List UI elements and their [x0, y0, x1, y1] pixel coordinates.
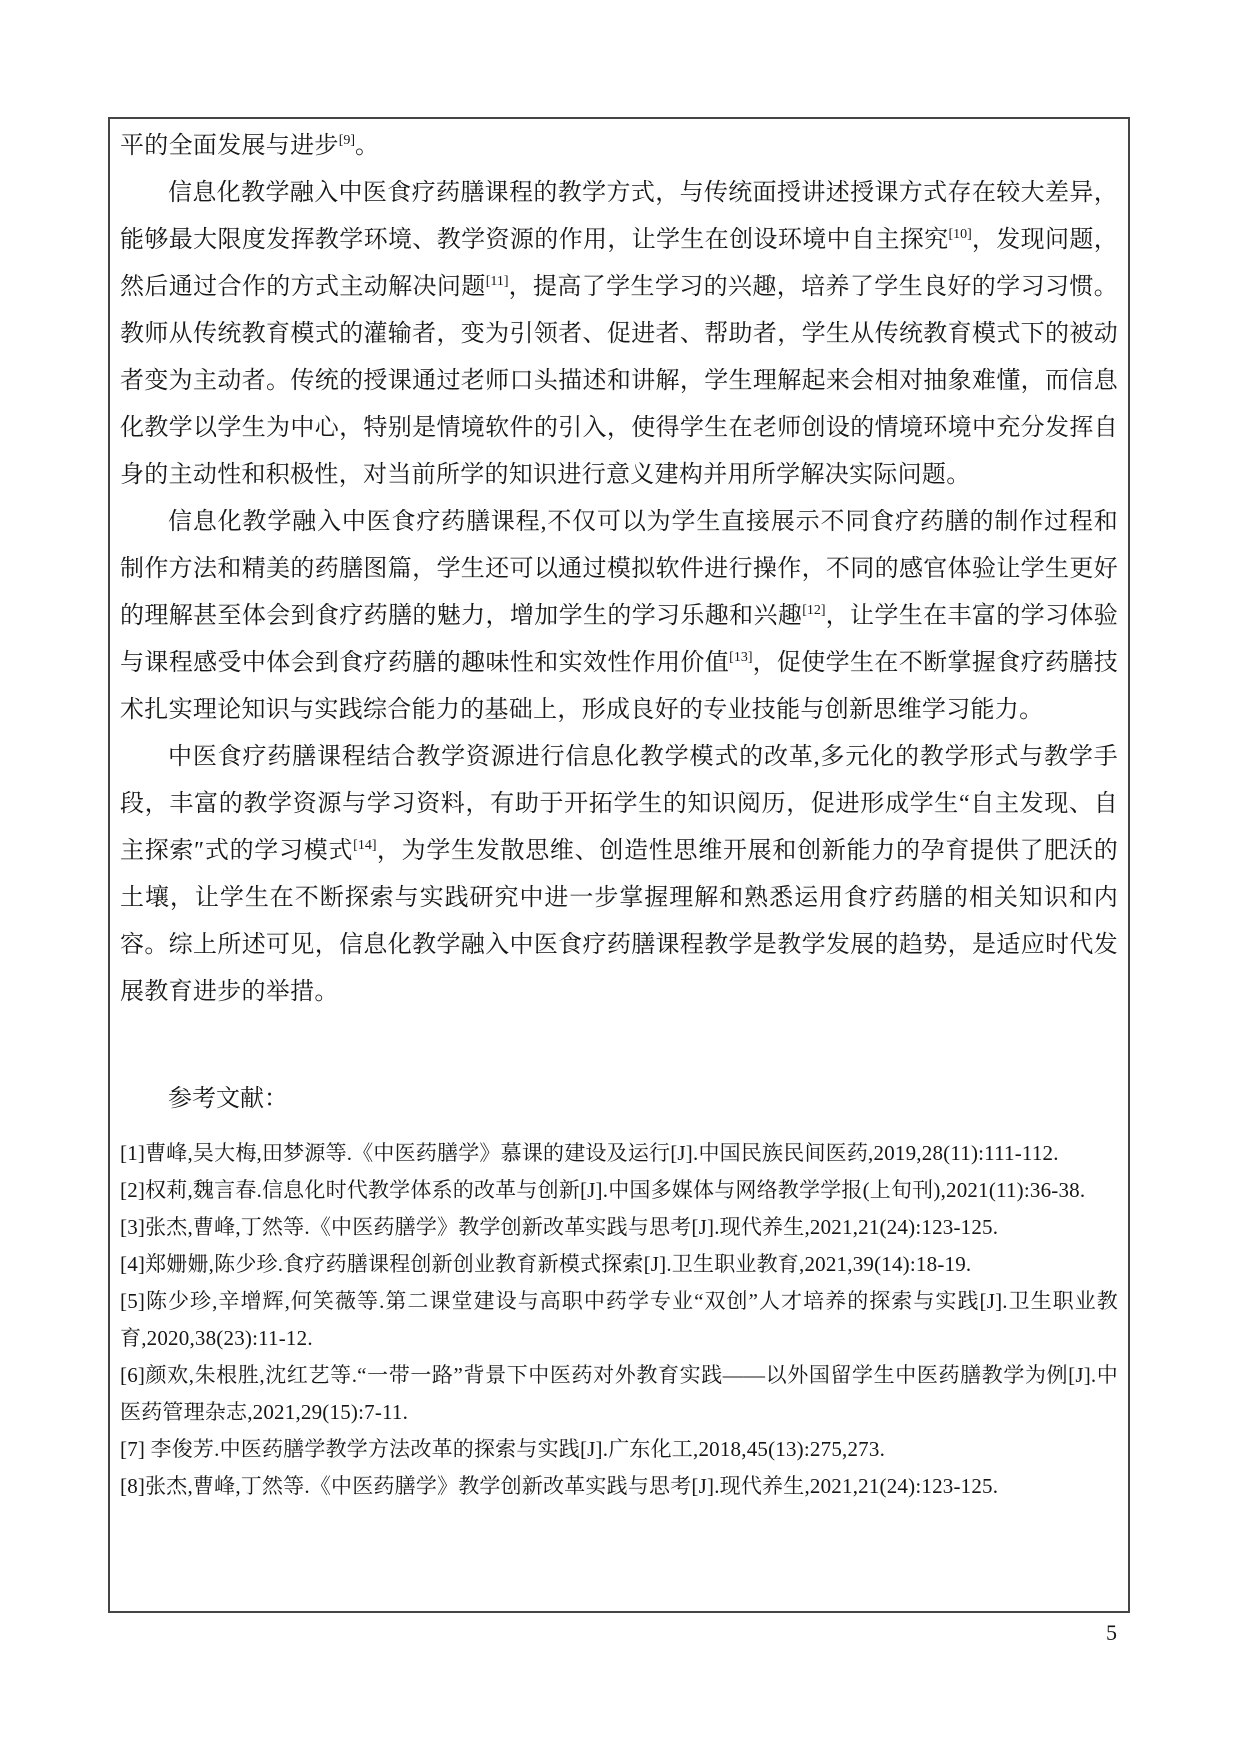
body-paragraph: 信息化教学融入中医食疗药膳课程的教学方式，与传统面授讲述授课方式存在较大差异，能… [120, 170, 1118, 499]
reference-entry: [3]张杰,曹峰,丁然等.《中医药膳学》教学创新改革实践与思考[J].现代养生,… [120, 1209, 1118, 1246]
document-page: { "page_number": "5", "document": { "par… [0, 0, 1240, 1753]
body-paragraph: 中医食疗药膳课程结合教学资源进行信息化教学模式的改革,多元化的教学形式与教学手段… [120, 734, 1118, 1016]
body-paragraph: 平的全面发展与进步[9]。 [120, 123, 1118, 170]
reference-entry: [1]曹峰,吴大梅,田梦源等.《中医药膳学》慕课的建设及运行[J].中国民族民间… [120, 1135, 1118, 1172]
references-heading: 参考文献： [120, 1076, 1118, 1123]
reference-entry: [6]颜欢,朱根胜,沈红艺等.“一带一路”背景下中医药对外教育实践——以外国留学… [120, 1357, 1118, 1431]
content-border-frame: 平的全面发展与进步[9]。信息化教学融入中医食疗药膳课程的教学方式，与传统面授讲… [108, 117, 1130, 1613]
references-list: [1]曹峰,吴大梅,田梦源等.《中医药膳学》慕课的建设及运行[J].中国民族民间… [120, 1135, 1118, 1505]
citation-superscript: [13] [729, 650, 752, 665]
page-number: 5 [1106, 1620, 1117, 1646]
body-paragraph: 信息化教学融入中医食疗药膳课程,不仅可以为学生直接展示不同食疗药膳的制作过程和制… [120, 499, 1118, 734]
citation-superscript: [10] [948, 227, 971, 242]
citation-superscript: [9] [339, 133, 355, 148]
reference-entry: [5]陈少珍,辛增辉,何笑薇等.第二课堂建设与高职中药学专业“双创”人才培养的探… [120, 1283, 1118, 1357]
citation-superscript: [12] [802, 603, 825, 618]
body-text: 平的全面发展与进步[9]。信息化教学融入中医食疗药膳课程的教学方式，与传统面授讲… [120, 123, 1118, 1016]
citation-superscript: [11] [486, 274, 509, 289]
reference-entry: [7] 李俊芳.中医药膳学教学方法改革的探索与实践[J].广东化工,2018,4… [120, 1431, 1118, 1468]
reference-entry: [8]张杰,曹峰,丁然等.《中医药膳学》教学创新改革实践与思考[J].现代养生,… [120, 1468, 1118, 1505]
citation-superscript: [14] [353, 838, 376, 853]
reference-entry: [2]权莉,魏言春.信息化时代教学体系的改革与创新[J].中国多媒体与网络教学学… [120, 1172, 1118, 1209]
reference-entry: [4]郑姗姗,陈少珍.食疗药膳课程创新创业教育新模式探索[J].卫生职业教育,2… [120, 1246, 1118, 1283]
